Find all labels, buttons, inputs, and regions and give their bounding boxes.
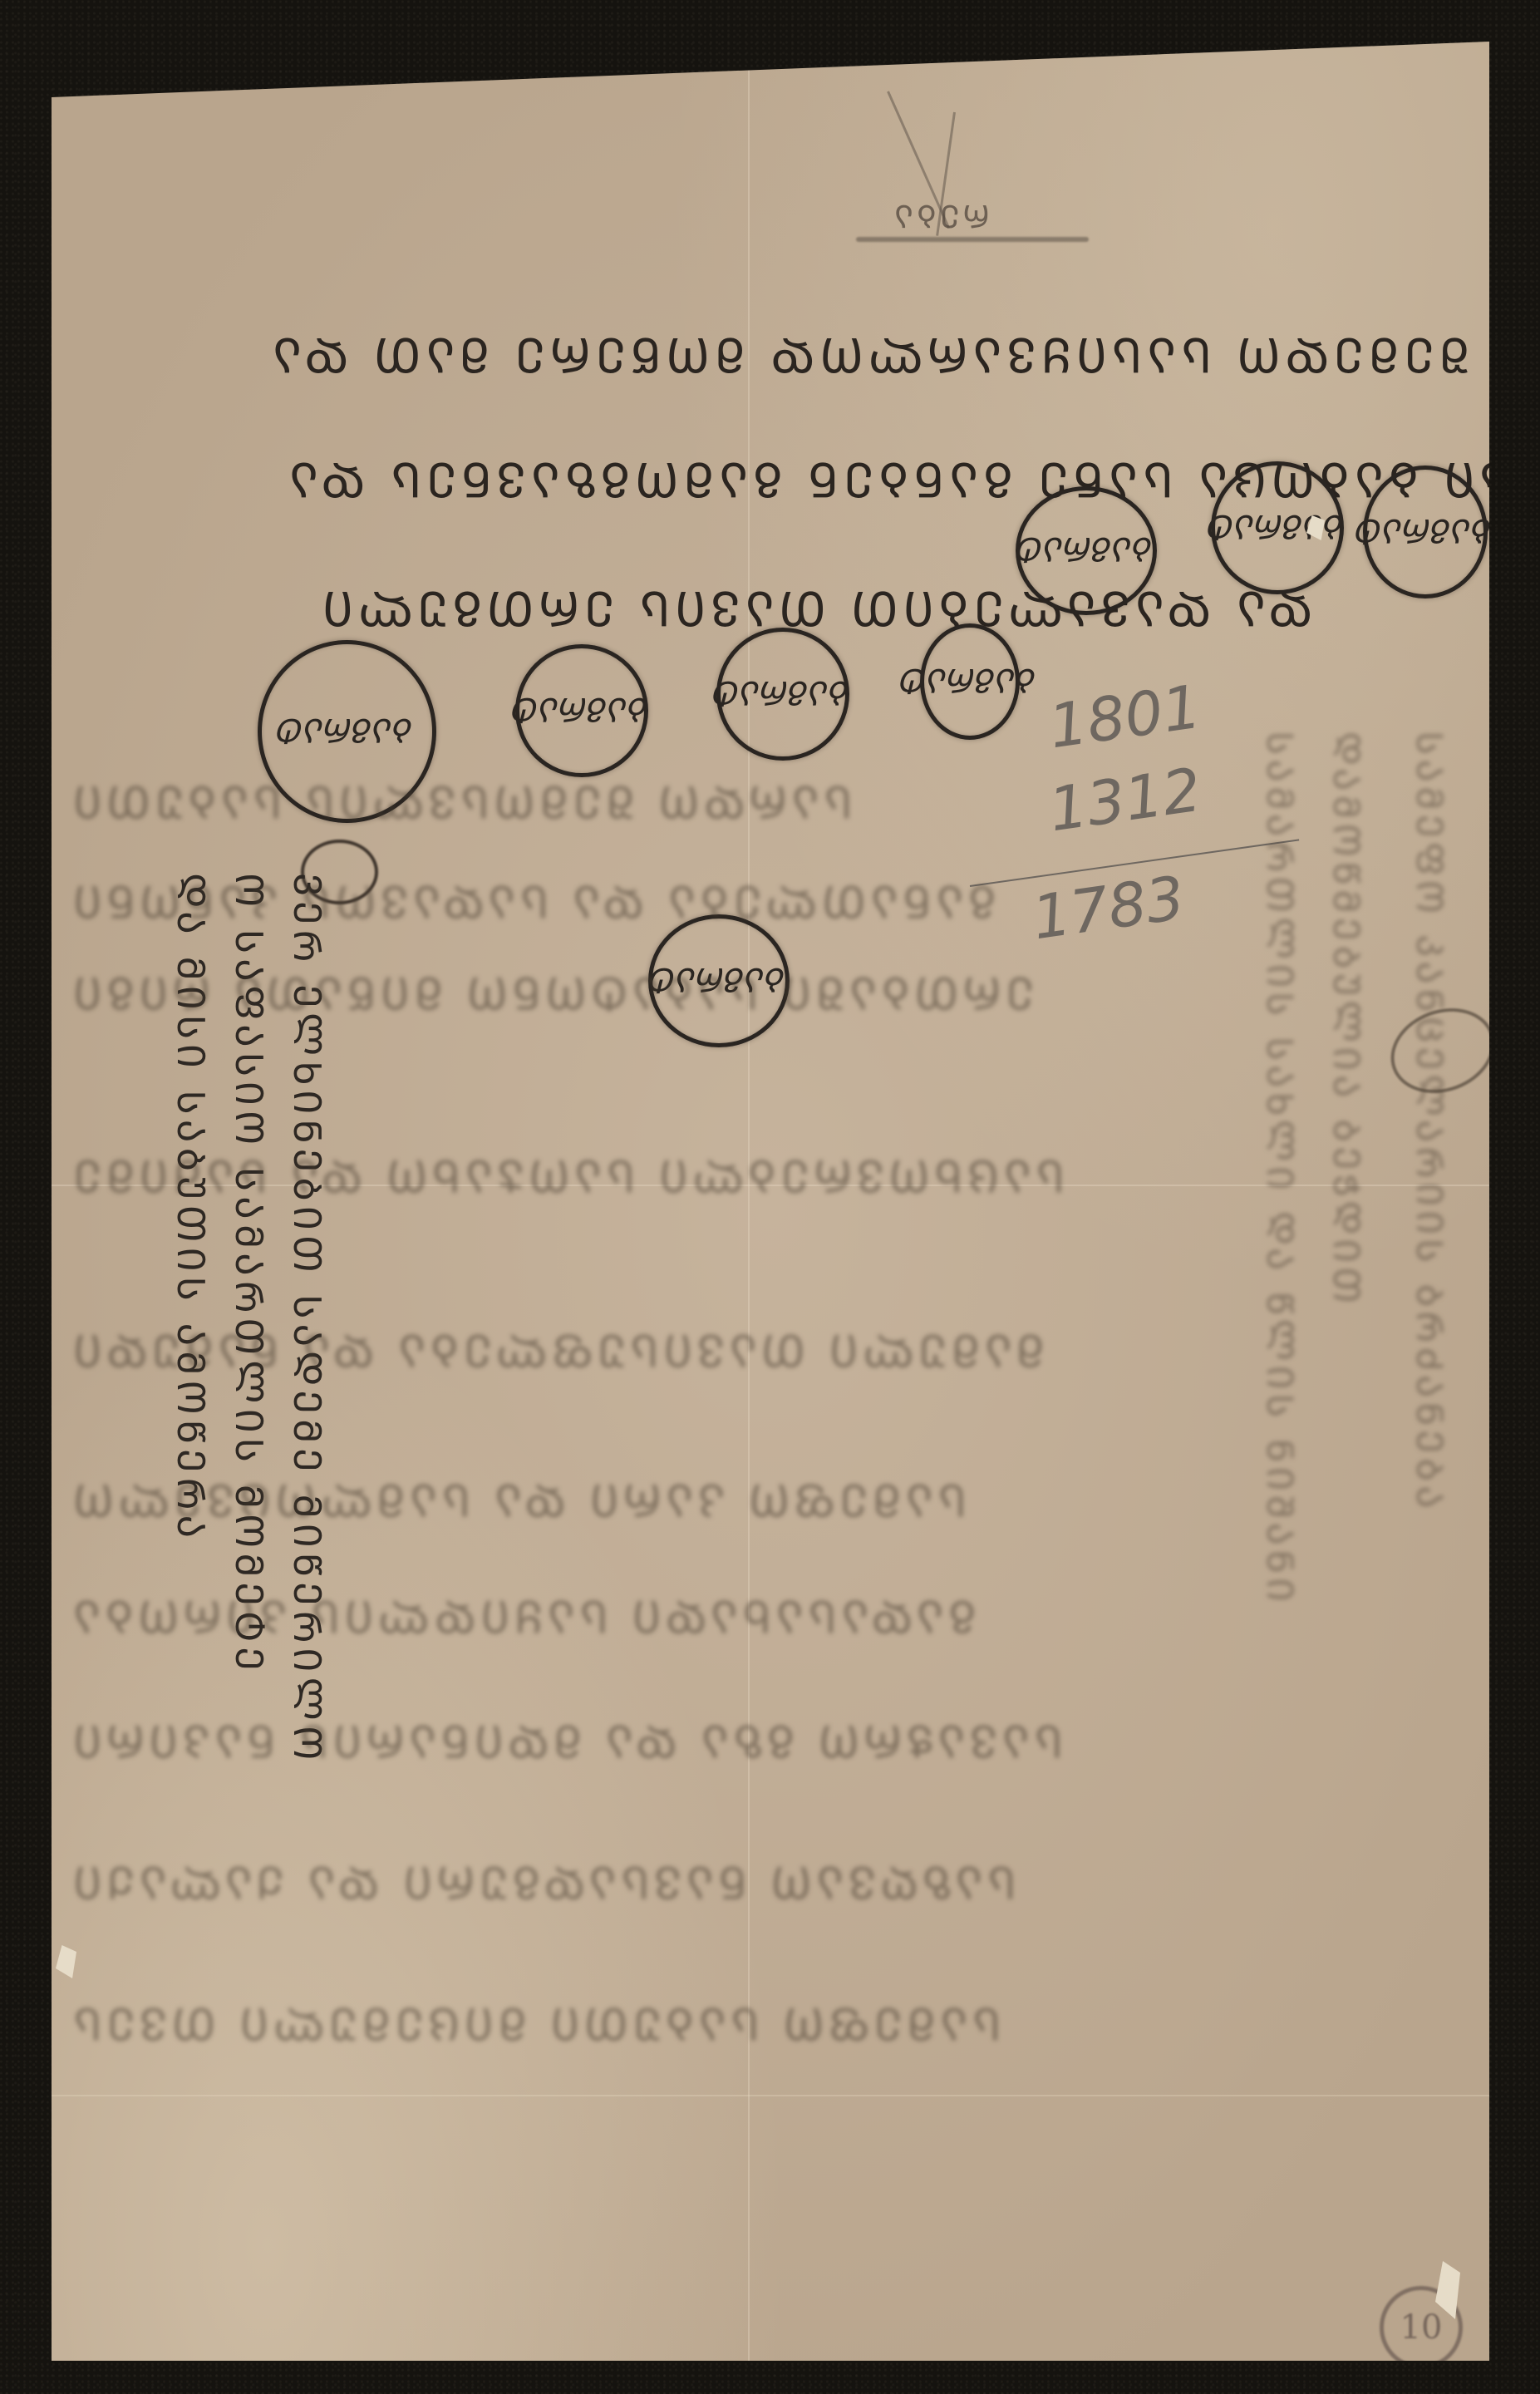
pencil-number-middle: 1312 — [1045, 755, 1205, 845]
manuscript-page: ᲠᲔᲑᲐ ᲐᲠ ᲨᲔᲛᲔᲓᲝ ᲡᲐᲡᲘᲧᲕᲐᲠᲚᲝᲓ ᲛᲝᲬᲔᲠᲔ ᲛᲐᲗ ᲓᲐ… — [52, 42, 1489, 2361]
bleed-through-line: ᲡᲐᲖᲦᲕᲐᲝ ᲜᲐᲕᲡᲐᲓᲒᲣᲠᲘ ᲓᲐ ᲥᲐᲚᲐᲥᲘ — [68, 1854, 1016, 1915]
pencil-number-top: 1801 — [1045, 672, 1205, 762]
right-side-bleed-line: ᲡᲐᲛᲔᲤᲝ ᲙᲐᲜᲪᲔᲚᲐᲠᲘᲘᲡ ᲑᲠᲫᲐᲜᲔᲑᲐ — [1406, 731, 1456, 1513]
paper-tear — [56, 1945, 76, 1978]
bleed-through-line: ᲡᲐᲕᲐᲭᲠᲝ ᲒᲖᲐ ᲓᲐ ᲛᲓᲘᲜᲐᲠᲘᲡ ᲜᲐᲞᲘᲠᲘ — [68, 1712, 1063, 1774]
seal-stamp: ᲑᲐᲒᲠᲐᲢ — [920, 623, 1020, 740]
main-text-line-1: ᲐᲠ ᲨᲔᲛᲔᲓᲝ ᲡᲐᲡᲘᲧᲕᲐᲠᲚᲝᲓ ᲛᲝᲬᲔᲠᲔ ᲛᲐᲗ ᲓᲐ — [268, 324, 1540, 390]
pencil-number-bottom: 1783 — [1028, 863, 1188, 953]
seal-stamp: ᲑᲐᲒᲠᲐᲢ — [1016, 486, 1157, 615]
main-text-line-2: ᲛᲘᲡᲘ ᲑᲐᲑᲝᲪᲐ ᲡᲐᲜᲔ ᲒᲐᲜᲑᲔᲜ ᲒᲐᲛᲝᲒᲖᲐᲕᲜᲔᲡ ᲓᲐ — [284, 449, 1540, 515]
right-side-bleed-line: ᲡᲐᲛᲐᲠᲗᲚᲘᲡ ᲡᲐᲮᲚᲘ ᲓᲐ ᲬᲚᲘᲡ ᲜᲘᲨᲐᲜᲘ — [1257, 731, 1306, 1606]
seal-stamp: ᲑᲐᲒᲠᲐᲢ — [515, 644, 648, 777]
seal-stamp: ᲑᲐᲒᲠᲐᲢ — [716, 628, 849, 761]
bleed-through-line: ᲛᲐᲛᲣᲚᲘ ᲗᲐᲕᲘᲡᲣᲤᲚᲔᲑᲐ ᲓᲐ ᲜᲐᲛᲣᲓᲘ — [68, 1322, 1045, 1383]
lower-fold-line — [52, 2095, 1489, 2096]
seal-stamp: ᲑᲐᲒᲠᲐᲢ — [1211, 461, 1344, 594]
right-side-bleed-line: ᲓᲐᲛᲝᲬᲛᲔᲑᲣᲚᲘᲐ ᲑᲔᲭᲓᲘᲗ — [1323, 731, 1373, 1308]
bleed-through-line: ᲡᲐᲛᲔᲤᲝ ᲙᲐᲠᲘ ᲓᲐ ᲡᲐᲛᲚᲝᲪᲕᲔᲚᲝ — [68, 1471, 967, 1533]
bleed-through-line: ᲔᲠᲗᲑᲐᲨᲘ ᲡᲐᲑᲐᲢᲝᲜᲝ ᲛᲘᲬᲐᲗᲐ ᲠᲘᲒᲘ — [68, 964, 1034, 1026]
bleed-through-line: ᲡᲐᲠᲓᲝ ᲨᲔᲛᲝᲡᲕᲚᲘᲡ ᲡᲐᲑᲣᲗᲘ — [68, 773, 852, 835]
seal-stamp: ᲑᲐᲒᲠᲐᲢ — [1363, 465, 1488, 598]
main-text-line-3: ᲓᲐ ᲓᲐᲕᲐᲚᲔᲑᲘᲗ ᲗᲐᲕᲘᲡ ᲔᲠᲗᲒᲣᲚᲘ — [317, 578, 1313, 643]
bleed-through-line: ᲡᲐᲪᲮᲝᲕᲠᲔᲑᲚᲘ ᲡᲐᲝᲯᲐᲮᲝ ᲓᲐ ᲡᲐᲫᲘᲛᲔ — [68, 1147, 1065, 1209]
bleed-through-line: ᲡᲐᲛᲔᲤᲝ ᲡᲐᲑᲣᲗᲘ ᲛᲘᲪᲔᲛᲣᲚᲘ ᲗᲕᲔᲡ — [68, 1995, 1001, 2057]
top-annotation-word: ᲠᲔᲑᲐ — [891, 195, 989, 239]
bleed-through-line: ᲒᲐᲓᲐᲡᲐᲮᲐᲓᲘ ᲡᲐᲧᲘᲓᲚᲘᲡ ᲞᲘᲠᲝᲑᲐ — [68, 1588, 976, 1649]
top-annotation-underline — [856, 237, 1089, 242]
bleed-through-line: ᲒᲐᲜᲐᲗᲚᲔᲑᲐ ᲓᲐ ᲡᲐᲓᲐᲕᲝᲡ ᲙᲐᲜᲝᲜᲘ — [68, 873, 996, 934]
